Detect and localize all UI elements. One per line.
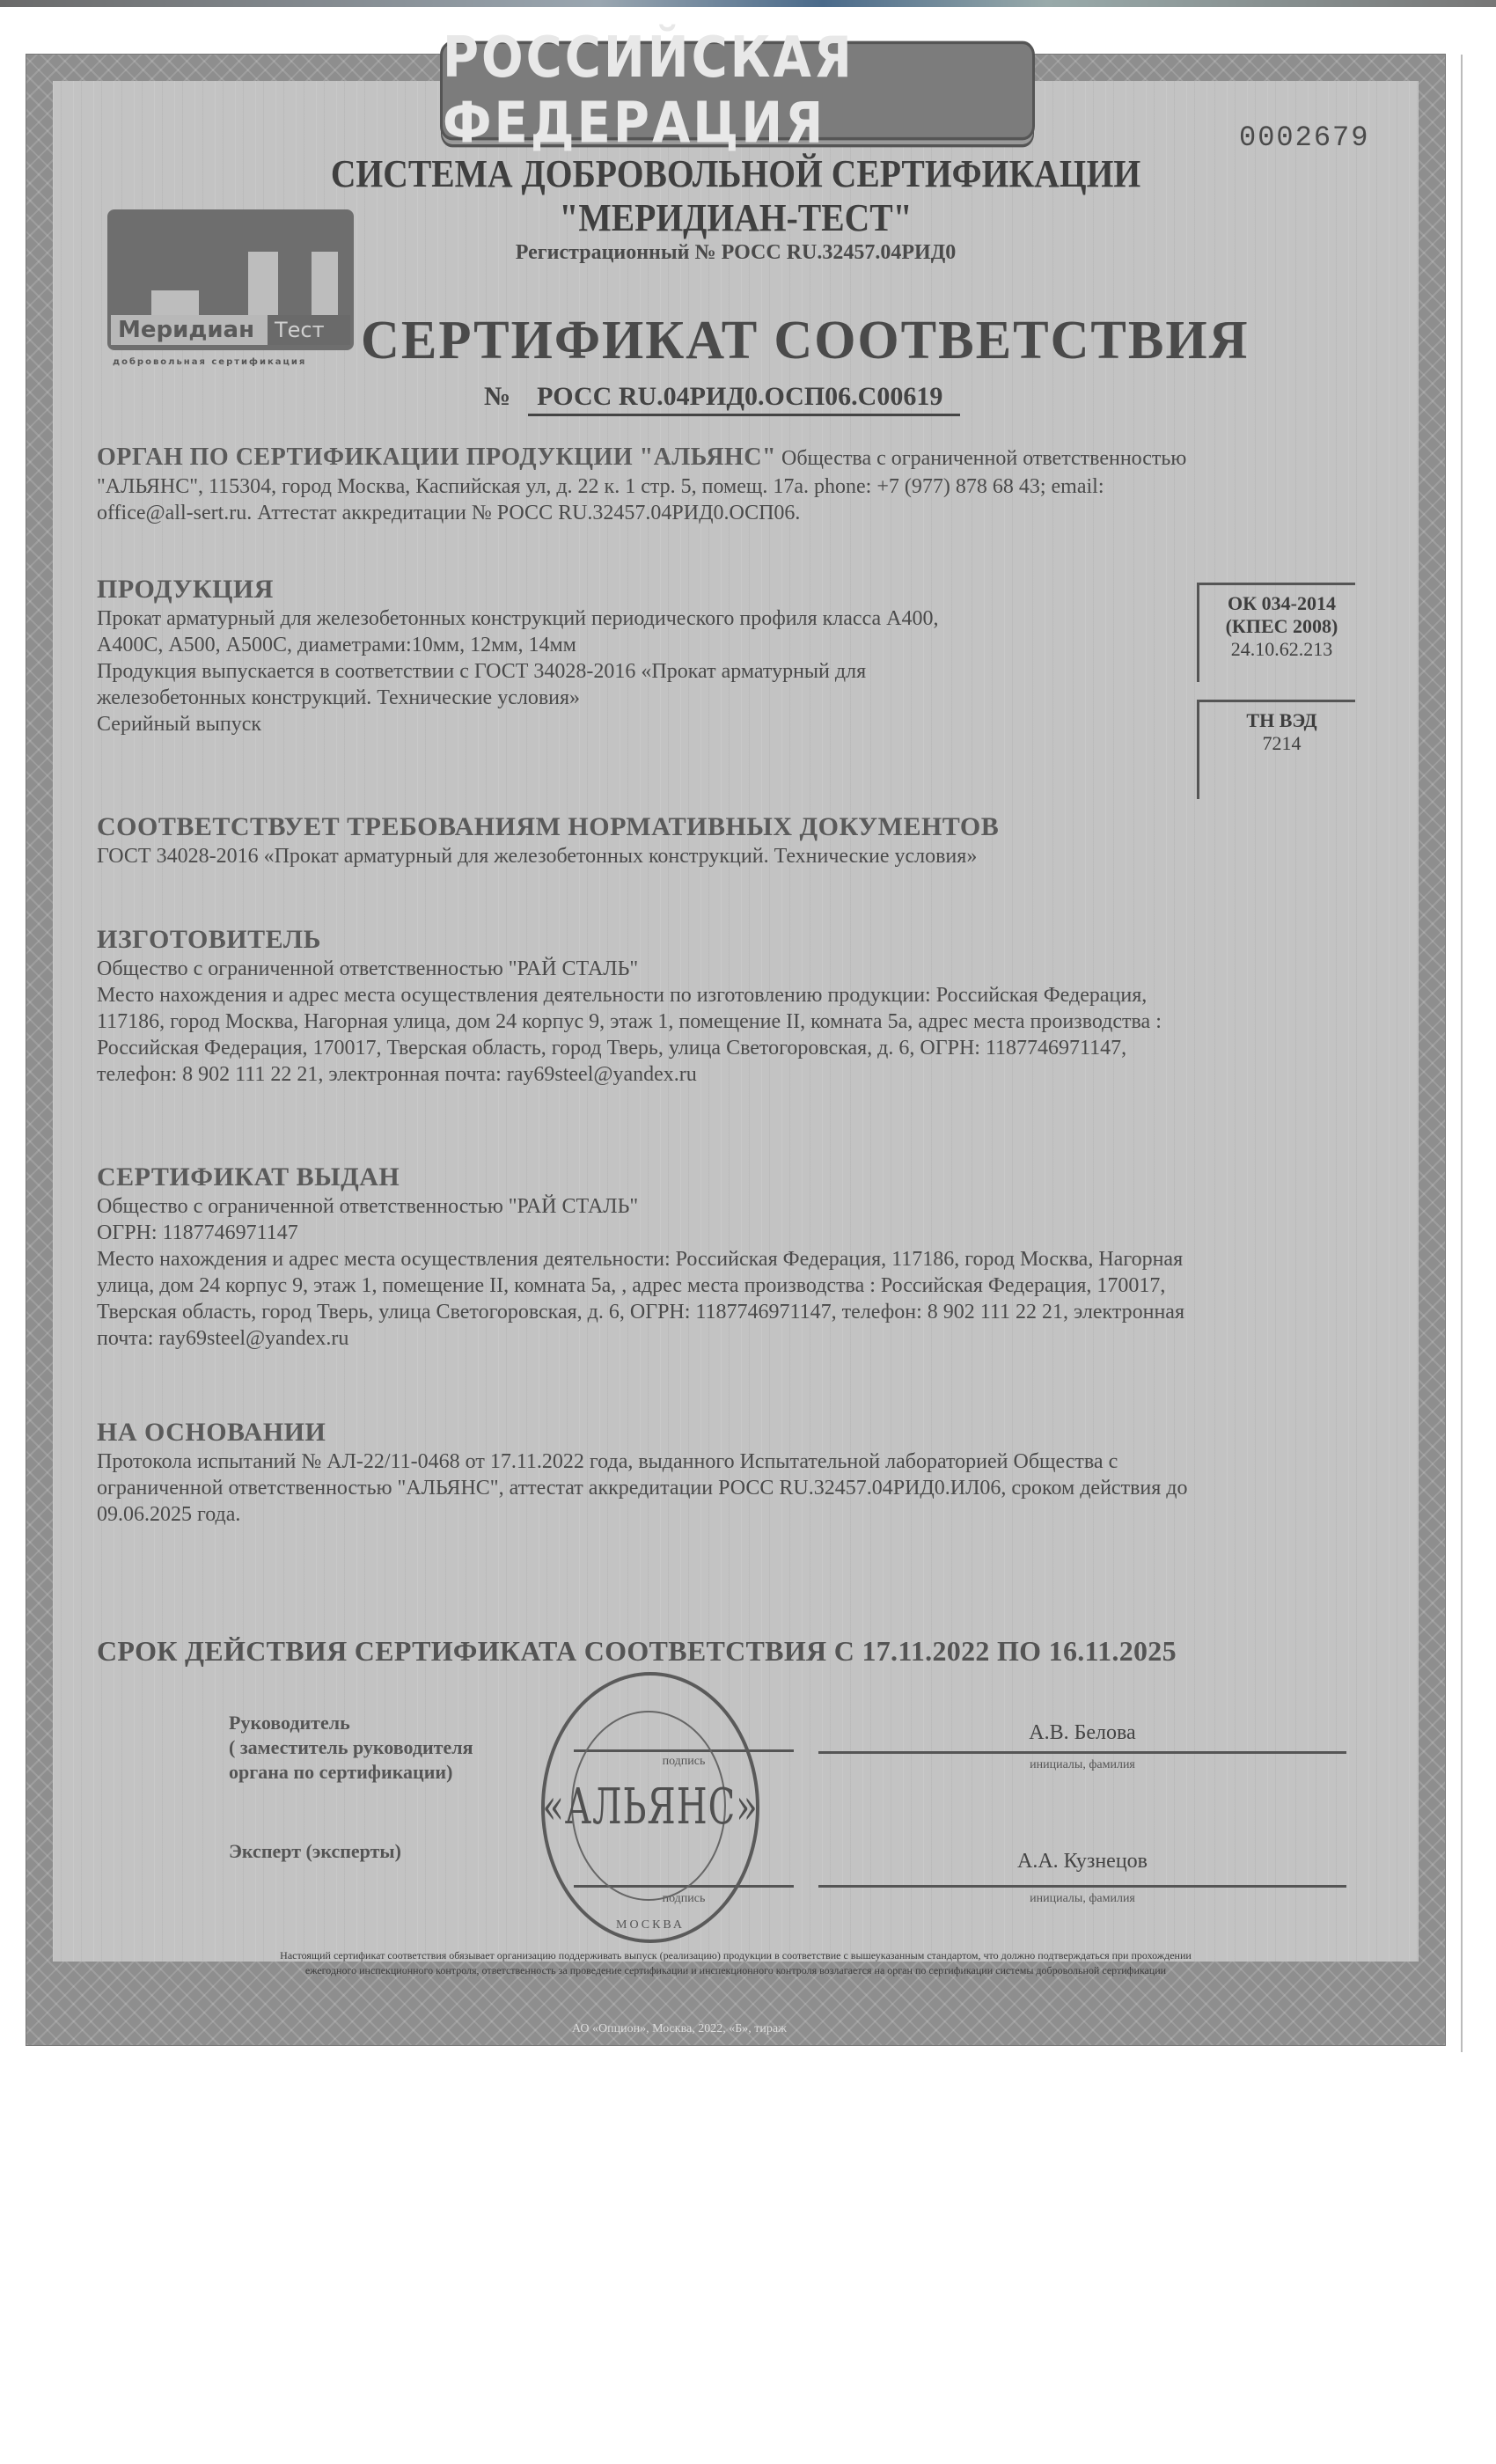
head-name-caption: инициалы, фамилия [818,1758,1346,1772]
footer-note-line: ежегодного инспекционного контроля, отве… [79,1963,1392,1978]
tnved-code-box: ТН ВЭД 7214 [1197,700,1355,799]
print-code: АО «Опцион», Москва, 2022, «Б», тираж [572,2022,787,2036]
logo-name-left: Меридиан [111,315,268,345]
tnved-label: ТН ВЭД [1208,709,1355,732]
logo-name-strip: Меридиан Тест [111,315,350,345]
basis-section: НА ОСНОВАНИИ Протокола испытаний № АЛ-22… [97,1417,1399,1528]
footer-note: Настоящий сертификат соответствия обязыв… [79,1948,1392,1978]
okpd-label: ОК 034-2014 [1208,592,1355,615]
certification-body-heading: ОРГАН ПО СЕРТИФИКАЦИИ ПРОДУКЦИИ "АЛЬЯНС" [97,444,776,471]
certificate-number: №РОСС RU.04РИД0.ОСП06.С00619 [484,382,960,416]
meridian-test-logo: Меридиан Тест добровольная сертификация [107,209,354,385]
issued-to-line: Тверская область, город Тверь, улица Све… [97,1299,1417,1325]
expert-name-caption: инициалы, фамилия [818,1892,1346,1906]
head-label-line: органа по сертификации) [229,1760,473,1785]
expert-name-line [818,1885,1346,1888]
banner-text: РОССИЙСКАЯ ФЕДЕРАЦИЯ [443,25,1032,157]
issued-to-line: почта: ray69steel@yandex.ru [97,1325,1417,1352]
certification-body-line: office@all-sert.ru. Аттестат аккредитаци… [97,500,1382,526]
expert-label: Эксперт (эксперты) [229,1839,401,1864]
manufacturer-heading: ИЗГОТОВИТЕЛЬ [97,924,1382,956]
product-line: Продукция выпускается в соответствии с Г… [97,658,1179,685]
head-label-line: ( заместитель руководителя [229,1735,473,1760]
basis-heading: НА ОСНОВАНИИ [97,1417,1399,1448]
serial-number: 0002679 [1239,121,1369,154]
logo-name-right: Тест [268,315,350,345]
russian-federation-banner: РОССИЙСКАЯ ФЕДЕРАЦИЯ [440,41,1035,141]
issued-to-line: улица, дом 24 корпус 9, этаж 1, помещени… [97,1272,1417,1299]
conformity-text: ГОСТ 34028-2016 «Прокат арматурный для ж… [97,843,1329,869]
certificate-number-value: РОСС RU.04РИД0.ОСП06.С00619 [528,382,960,416]
manufacturer-section: ИЗГОТОВИТЕЛЬ Общество с ограниченной отв… [97,924,1382,1088]
issued-to-line: Общество с ограниченной ответственностью… [97,1193,1417,1220]
basis-line: 09.06.2025 года. [97,1501,1399,1528]
expert-name: А.А. Кузнецов [818,1850,1346,1874]
product-line: А400С, А500, А500С, диаметрами:10мм, 12м… [97,632,1179,658]
basis-line: Протокола испытаний № АЛ-22/11-0468 от 1… [97,1448,1399,1475]
issued-to-section: СЕРТИФИКАТ ВЫДАН Общество с ограниченной… [97,1162,1417,1352]
validity-period: СРОК ДЕЙСТВИЯ СЕРТИФИКАТА СООТВЕТСТВИЯ С… [97,1635,1177,1668]
head-label-line: Руководитель [229,1711,473,1735]
manufacturer-line: Место нахождения и адрес места осуществл… [97,982,1382,1008]
stamp-city: МОСКВА [545,1918,756,1932]
footer-note-line: Настоящий сертификат соответствия обязыв… [79,1948,1392,1963]
product-section: ПРОДУКЦИЯ Прокат арматурный для железобе… [97,574,1179,737]
product-line: Серийный выпуск [97,711,1179,737]
certificate-title: СЕРТИФИКАТ СООТВЕТСТВИЯ [361,310,1249,372]
certification-body-line: "АЛЬЯНС", 115304, город Москва, Каспийск… [97,473,1382,500]
page-edge [1461,55,1463,2052]
system-title: СИСТЕМА ДОБРОВОЛЬНОЙ СЕРТИФИКАЦИИ [98,151,1375,197]
certification-body-line: Общества с ограниченной ответственностью [776,447,1186,470]
manufacturer-line: 117186, город Москва, Нагорная улица, до… [97,1008,1382,1035]
number-sign: № [484,382,510,411]
conformity-section: СООТВЕТСТВУЕТ ТРЕБОВАНИЯМ НОРМАТИВНЫХ ДО… [97,811,1329,869]
issued-to-line: Место нахождения и адрес места осуществл… [97,1246,1417,1272]
okpd-code-box: ОК 034-2014 (КПЕС 2008) 24.10.62.213 [1197,583,1355,682]
certificate-sheet: РОССИЙСКАЯ ФЕДЕРАЦИЯ 0002679 СИСТЕМА ДОБ… [26,55,1445,2045]
issued-to-heading: СЕРТИФИКАТ ВЫДАН [97,1162,1417,1193]
manufacturer-line: Российская Федерация, 170017, Тверская о… [97,1035,1382,1061]
okpd-code: 24.10.62.213 [1208,638,1355,661]
conformity-heading: СООТВЕТСТВУЕТ ТРЕБОВАНИЯМ НОРМАТИВНЫХ ДО… [97,811,1329,843]
issued-to-line: ОГРН: 1187746971147 [97,1220,1417,1246]
logo-tagline: добровольная сертификация [113,357,306,367]
head-signatory-label: Руководитель ( заместитель руководителя … [229,1711,473,1785]
scan-edge [0,0,1496,7]
basis-line: ограниченной ответственностью "АЛЬЯНС", … [97,1475,1399,1501]
stamp-center-text: «АЛЬЯНС» [542,1779,758,1836]
product-line: железобетонных конструкций. Технические … [97,685,1179,711]
head-name: А.В. Белова [818,1721,1346,1745]
classification-codes: ОК 034-2014 (КПЕС 2008) 24.10.62.213 ТН … [1197,583,1355,817]
okpd-sub: (КПЕС 2008) [1208,615,1355,638]
certification-body-section: ОРГАН ПО СЕРТИФИКАЦИИ ПРОДУКЦИИ "АЛЬЯНС"… [97,442,1382,526]
manufacturer-line: телефон: 8 902 111 22 21, электронная по… [97,1061,1382,1088]
head-name-line [818,1751,1346,1754]
product-heading: ПРОДУКЦИЯ [97,574,1179,605]
tnved-code: 7214 [1208,732,1355,755]
organization-stamp: «АЛЬЯНС» МОСКВА [541,1672,759,1943]
product-line: Прокат арматурный для железобетонных кон… [97,605,1179,632]
manufacturer-line: Общество с ограниченной ответственностью… [97,956,1382,982]
